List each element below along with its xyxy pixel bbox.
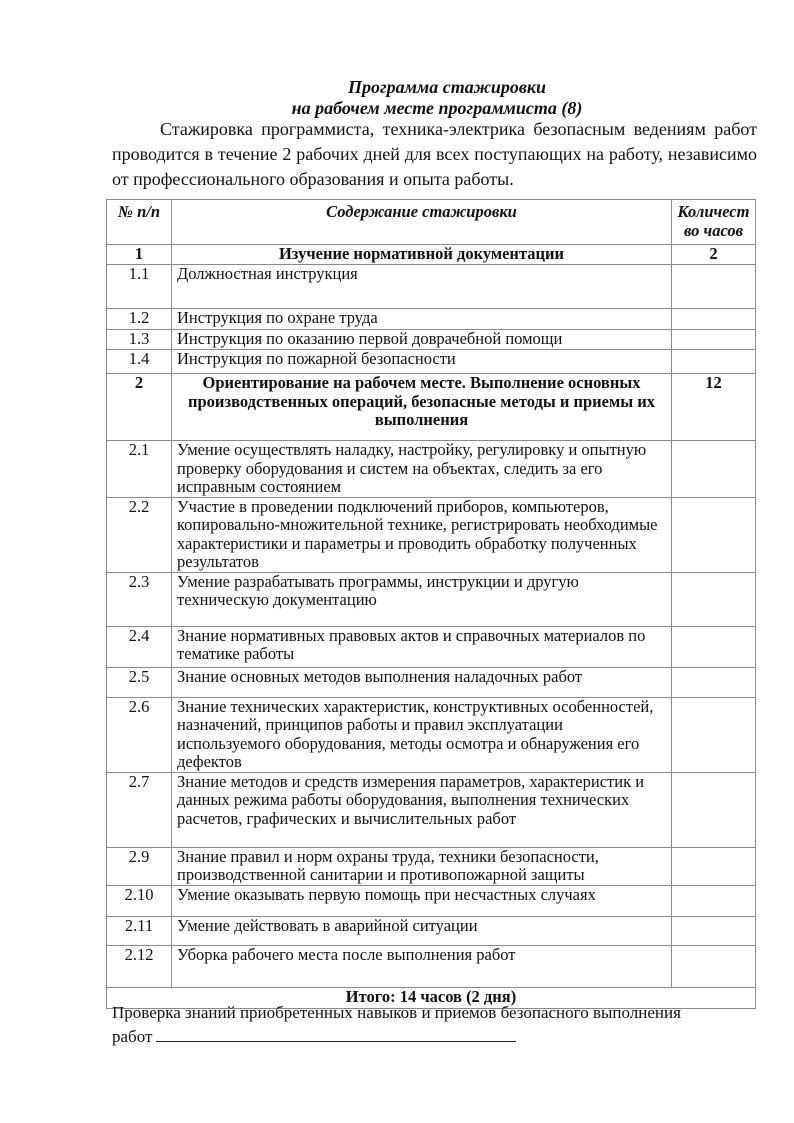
- table-row: 2.4Знание нормативных правовых актов и с…: [107, 626, 756, 667]
- row-number: 1.3: [107, 330, 172, 350]
- row-number: 2.9: [107, 847, 172, 885]
- row-content: Инструкция по оказанию первой доврачебно…: [172, 330, 672, 350]
- row-hours: [672, 626, 756, 667]
- document-title: Программа стажировки: [50, 76, 794, 98]
- table-section-row: 1Изучение нормативной документации2: [107, 245, 756, 265]
- header-num: № п/п: [107, 200, 172, 245]
- row-content: Знание нормативных правовых актов и спра…: [172, 626, 672, 667]
- row-number: 2.4: [107, 626, 172, 667]
- row-number: 2.6: [107, 697, 172, 772]
- footer-label: работ: [112, 1027, 152, 1046]
- row-hours: [672, 350, 756, 374]
- row-number: 2.1: [107, 441, 172, 498]
- footer-line1: Проверка знаний приобретенных навыков и …: [112, 1001, 762, 1025]
- intro-paragraph: Стажировка программиста, техника-электри…: [112, 117, 757, 192]
- row-hours: 12: [672, 374, 756, 441]
- row-content: Изучение нормативной документации: [172, 245, 672, 265]
- row-content: Умение действовать в аварийной ситуации: [172, 916, 672, 945]
- table-row: 2.2Участие в проведении подключений приб…: [107, 497, 756, 572]
- row-hours: 2: [672, 245, 756, 265]
- row-number: 1.2: [107, 309, 172, 330]
- table-row: 1.4Инструкция по пожарной безопасности: [107, 350, 756, 374]
- table-row: 1.3Инструкция по оказанию первой довраче…: [107, 330, 756, 350]
- row-number: 1.1: [107, 265, 172, 309]
- header-content: Содержание стажировки: [172, 200, 672, 245]
- header-hours: Количест во часов: [672, 200, 756, 245]
- row-hours: [672, 330, 756, 350]
- row-content: Участие в проведении подключений приборо…: [172, 497, 672, 572]
- row-hours: [672, 309, 756, 330]
- row-content: Инструкция по пожарной безопасности: [172, 350, 672, 374]
- table-row: 2.9Знание правил и норм охраны труда, те…: [107, 847, 756, 885]
- row-hours: [672, 572, 756, 626]
- table-section-row: 2Ориентирование на рабочем месте. Выполн…: [107, 374, 756, 441]
- table-row: 2.6Знание технических характеристик, кон…: [107, 697, 756, 772]
- table-row: 2.10Умение оказывать первую помощь при н…: [107, 885, 756, 916]
- row-content: Знание правил и норм охраны труда, техни…: [172, 847, 672, 885]
- row-content: Знание технических характеристик, констр…: [172, 697, 672, 772]
- row-content: Уборка рабочего места после выполнения р…: [172, 945, 672, 987]
- table-row: 2.5Знание основных методов выполнения на…: [107, 667, 756, 697]
- row-number: 2.10: [107, 885, 172, 916]
- row-content: Инструкция по охране труда: [172, 309, 672, 330]
- table-row: 2.1Умение осуществлять наладку, настройк…: [107, 441, 756, 498]
- row-content: Ориентирование на рабочем месте. Выполне…: [172, 374, 672, 441]
- row-hours: [672, 265, 756, 309]
- row-hours: [672, 945, 756, 987]
- row-hours: [672, 697, 756, 772]
- table-row: 2.7Знание методов и средств измерения па…: [107, 772, 756, 847]
- program-table: № п/п Содержание стажировки Количест во …: [106, 199, 756, 1009]
- row-number: 2.5: [107, 667, 172, 697]
- row-number: 2.12: [107, 945, 172, 987]
- row-hours: [672, 667, 756, 697]
- table-row: 2.11Умение действовать в аварийной ситуа…: [107, 916, 756, 945]
- row-hours: [672, 885, 756, 916]
- row-number: 2.2: [107, 497, 172, 572]
- row-content: Умение осуществлять наладку, настройку, …: [172, 441, 672, 498]
- table-row: 1.2Инструкция по охране труда: [107, 309, 756, 330]
- row-number: 2.3: [107, 572, 172, 626]
- table-header-row: № п/п Содержание стажировки Количест во …: [107, 200, 756, 245]
- row-number: 1: [107, 245, 172, 265]
- row-hours: [672, 847, 756, 885]
- row-hours: [672, 441, 756, 498]
- signature-blank-line: [156, 1025, 516, 1042]
- table-row: 2.3Умение разрабатывать программы, инстр…: [107, 572, 756, 626]
- row-hours: [672, 916, 756, 945]
- row-number: 2.11: [107, 916, 172, 945]
- row-number: 2: [107, 374, 172, 441]
- row-number: 1.4: [107, 350, 172, 374]
- row-hours: [672, 772, 756, 847]
- row-hours: [672, 497, 756, 572]
- row-content: Умение разрабатывать программы, инструкц…: [172, 572, 672, 626]
- footer-note: Проверка знаний приобретенных навыков и …: [112, 1001, 762, 1049]
- row-content: Знание методов и средств измерения парам…: [172, 772, 672, 847]
- table-row: 1.1Должностная инструкция: [107, 265, 756, 309]
- document-subtitle: на рабочем месте программиста (8): [40, 97, 794, 119]
- footer-line2: работ: [112, 1025, 762, 1049]
- row-content: Знание основных методов выполнения налад…: [172, 667, 672, 697]
- table-row: 2.12Уборка рабочего места после выполнен…: [107, 945, 756, 987]
- row-content: Умение оказывать первую помощь при несча…: [172, 885, 672, 916]
- row-content: Должностная инструкция: [172, 265, 672, 309]
- row-number: 2.7: [107, 772, 172, 847]
